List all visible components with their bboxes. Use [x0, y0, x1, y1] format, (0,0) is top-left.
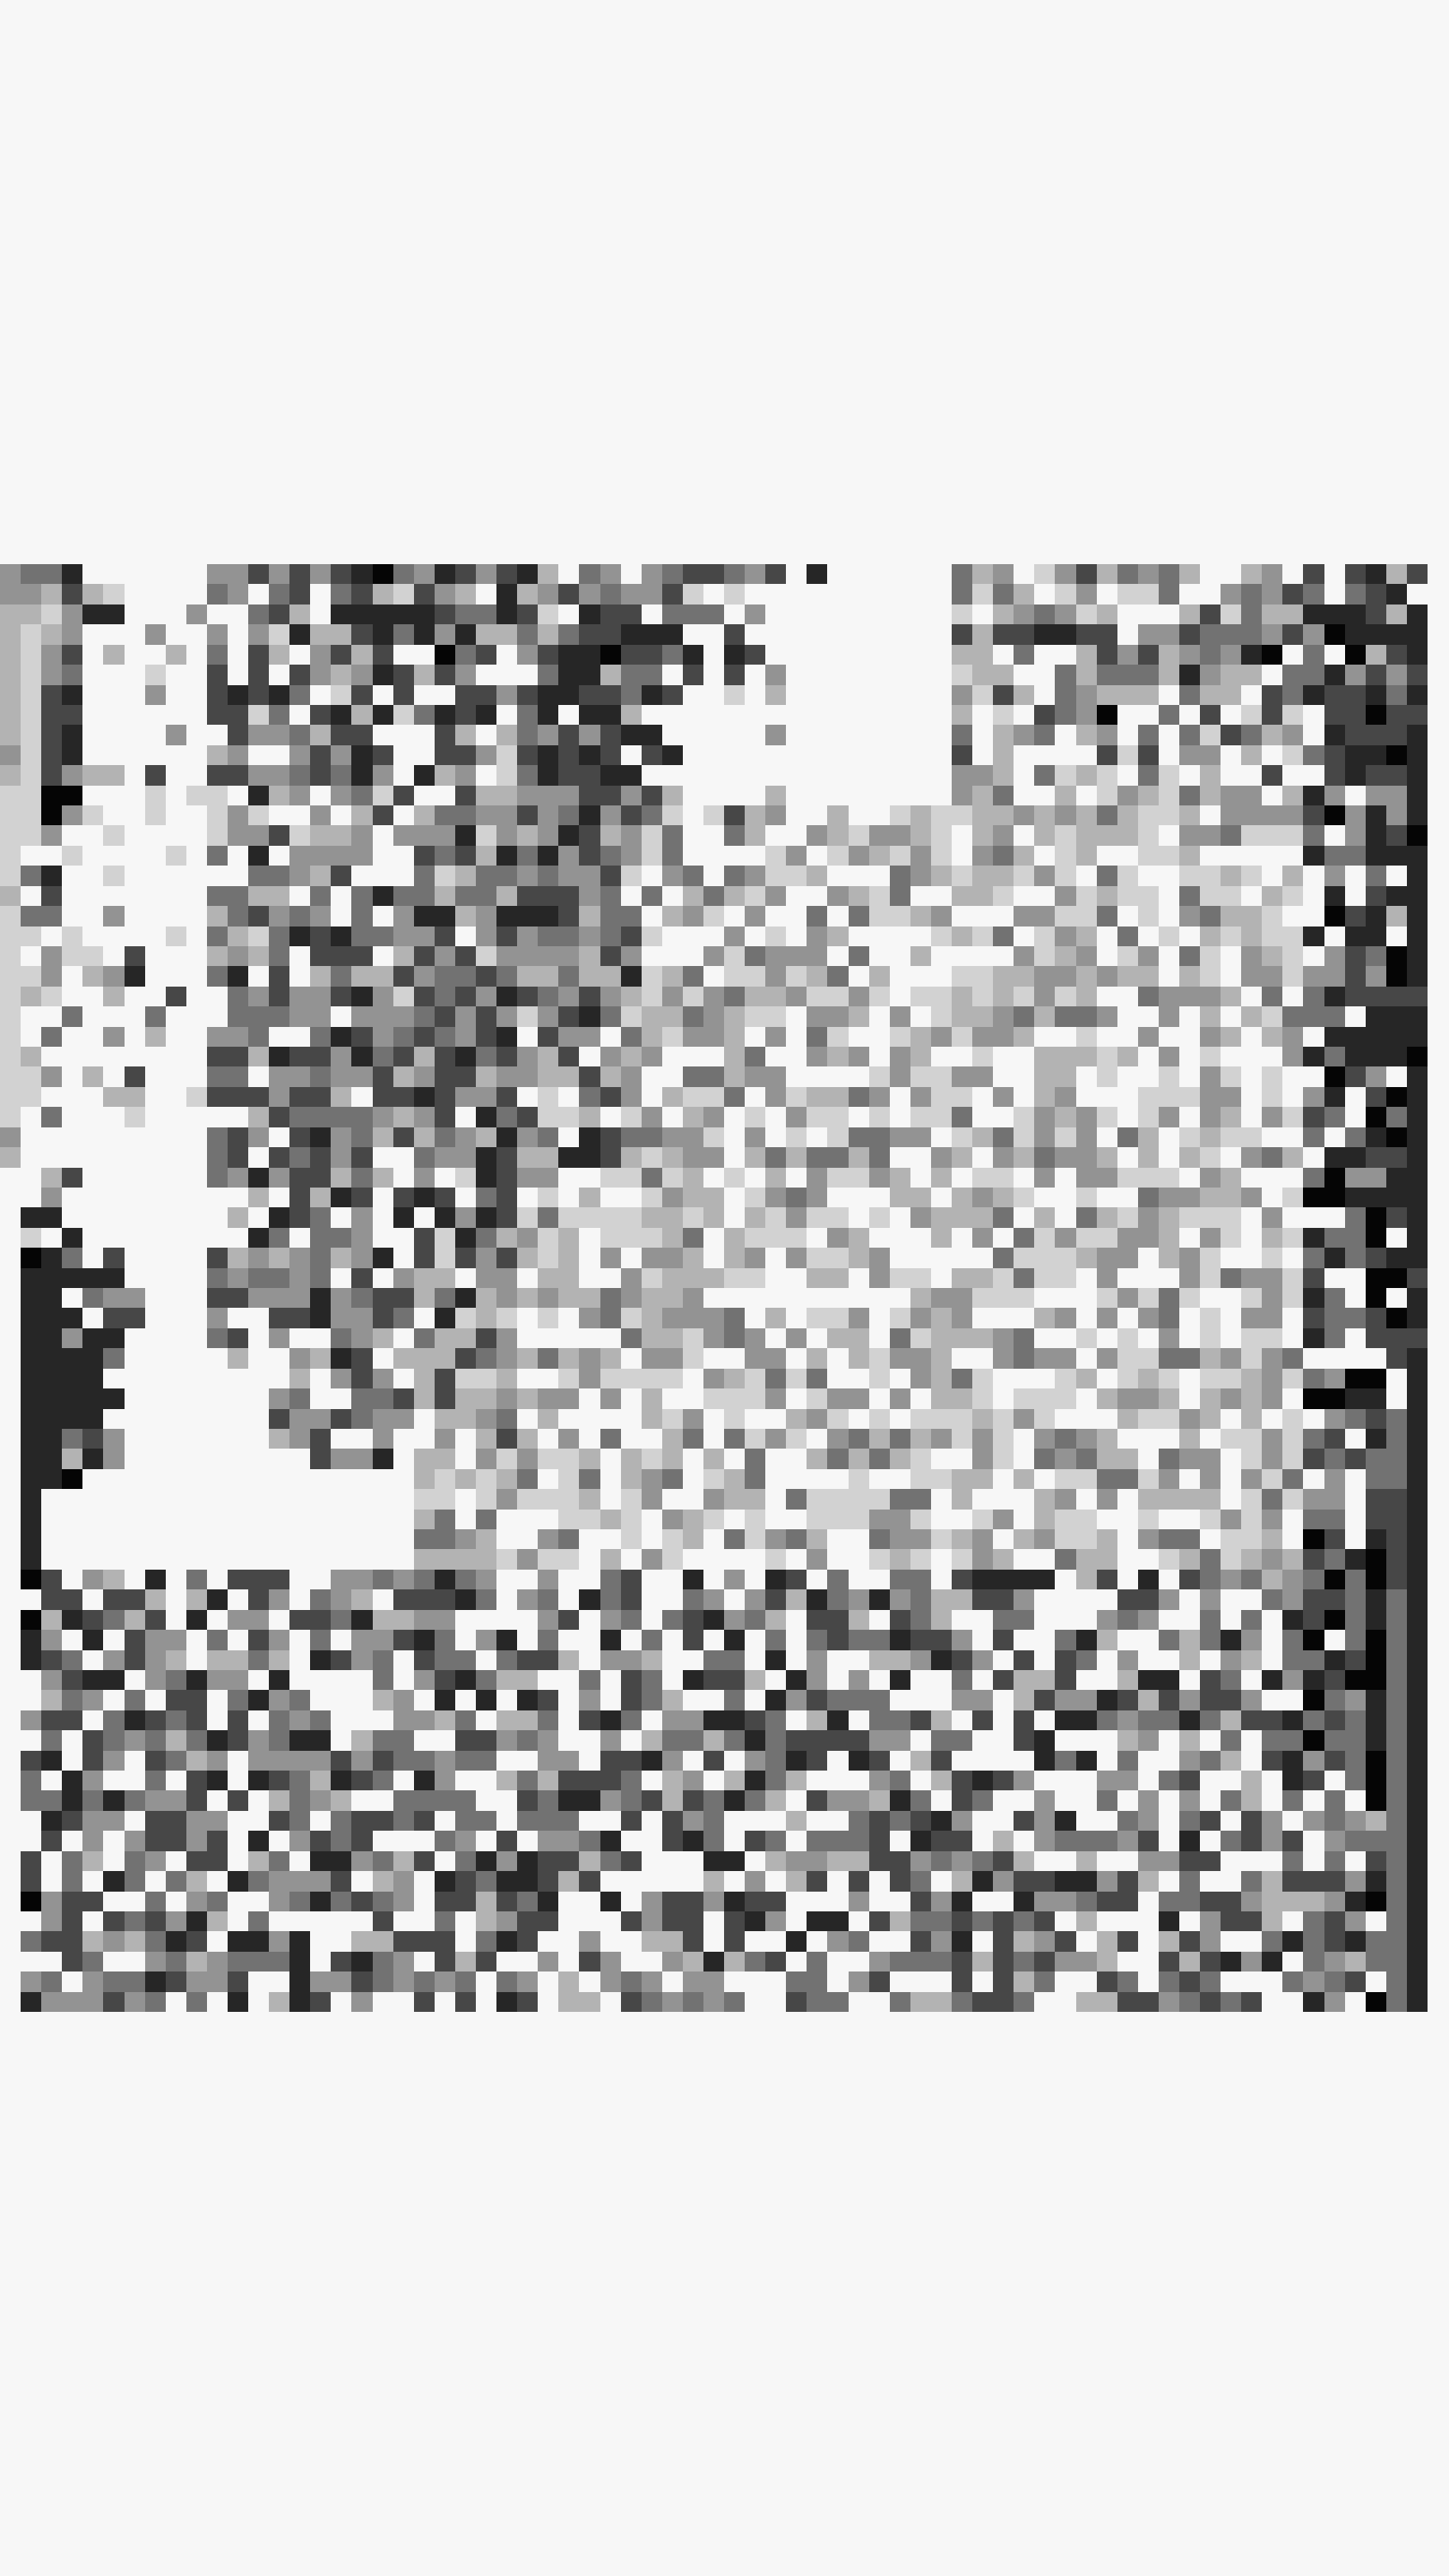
mosaic-canvas: [0, 564, 1428, 2012]
pixelated-photo: [0, 564, 1428, 2012]
